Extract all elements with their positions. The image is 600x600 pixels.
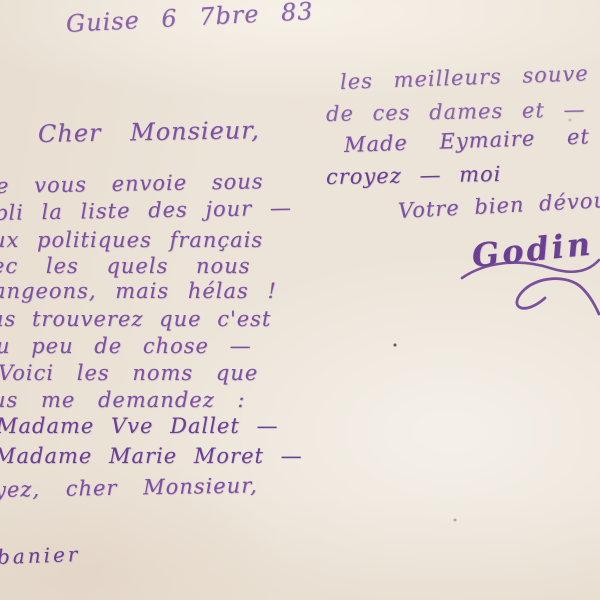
letter-line: les meilleurs souve bbox=[340, 61, 589, 94]
closing-line: Votre bien dévoué bbox=[397, 187, 600, 223]
letter-line: Madame Vve Dallet — bbox=[0, 414, 278, 438]
salutation-line: Cher Monsieur, bbox=[38, 116, 260, 148]
letter-line: yez, cher Monsieur, bbox=[0, 473, 258, 502]
letter-line: us me demandez : bbox=[0, 388, 246, 412]
letter-paper: Guise 6 7bre 83 Cher Monsieur, e vous en… bbox=[0, 0, 600, 600]
letter-line: e vous envoie sous bbox=[0, 169, 264, 198]
date-line: Guise 6 7bre 83 bbox=[65, 0, 314, 38]
letter-line: ec les quels nous bbox=[0, 254, 251, 278]
signature-flourish bbox=[450, 248, 600, 323]
letter-line: Voici les noms que bbox=[0, 361, 258, 385]
letter-line: croyez — moi bbox=[326, 162, 502, 189]
letter-line: us trouverez que c'est bbox=[0, 307, 271, 331]
letter-line: Made Eymaire et bbox=[344, 124, 591, 157]
letter-line: angeons, mais hélas ! bbox=[0, 279, 277, 303]
letter-line: de ces dames et — d bbox=[326, 97, 600, 126]
letter-line: pli la liste des jour — bbox=[0, 196, 292, 225]
letter-line: ux politiques français bbox=[0, 228, 263, 252]
letter-line: Madame Marie Moret — bbox=[0, 444, 303, 468]
bottom-word-fragment: banier bbox=[0, 542, 81, 569]
letter-line: u peu de chose — bbox=[0, 334, 252, 358]
